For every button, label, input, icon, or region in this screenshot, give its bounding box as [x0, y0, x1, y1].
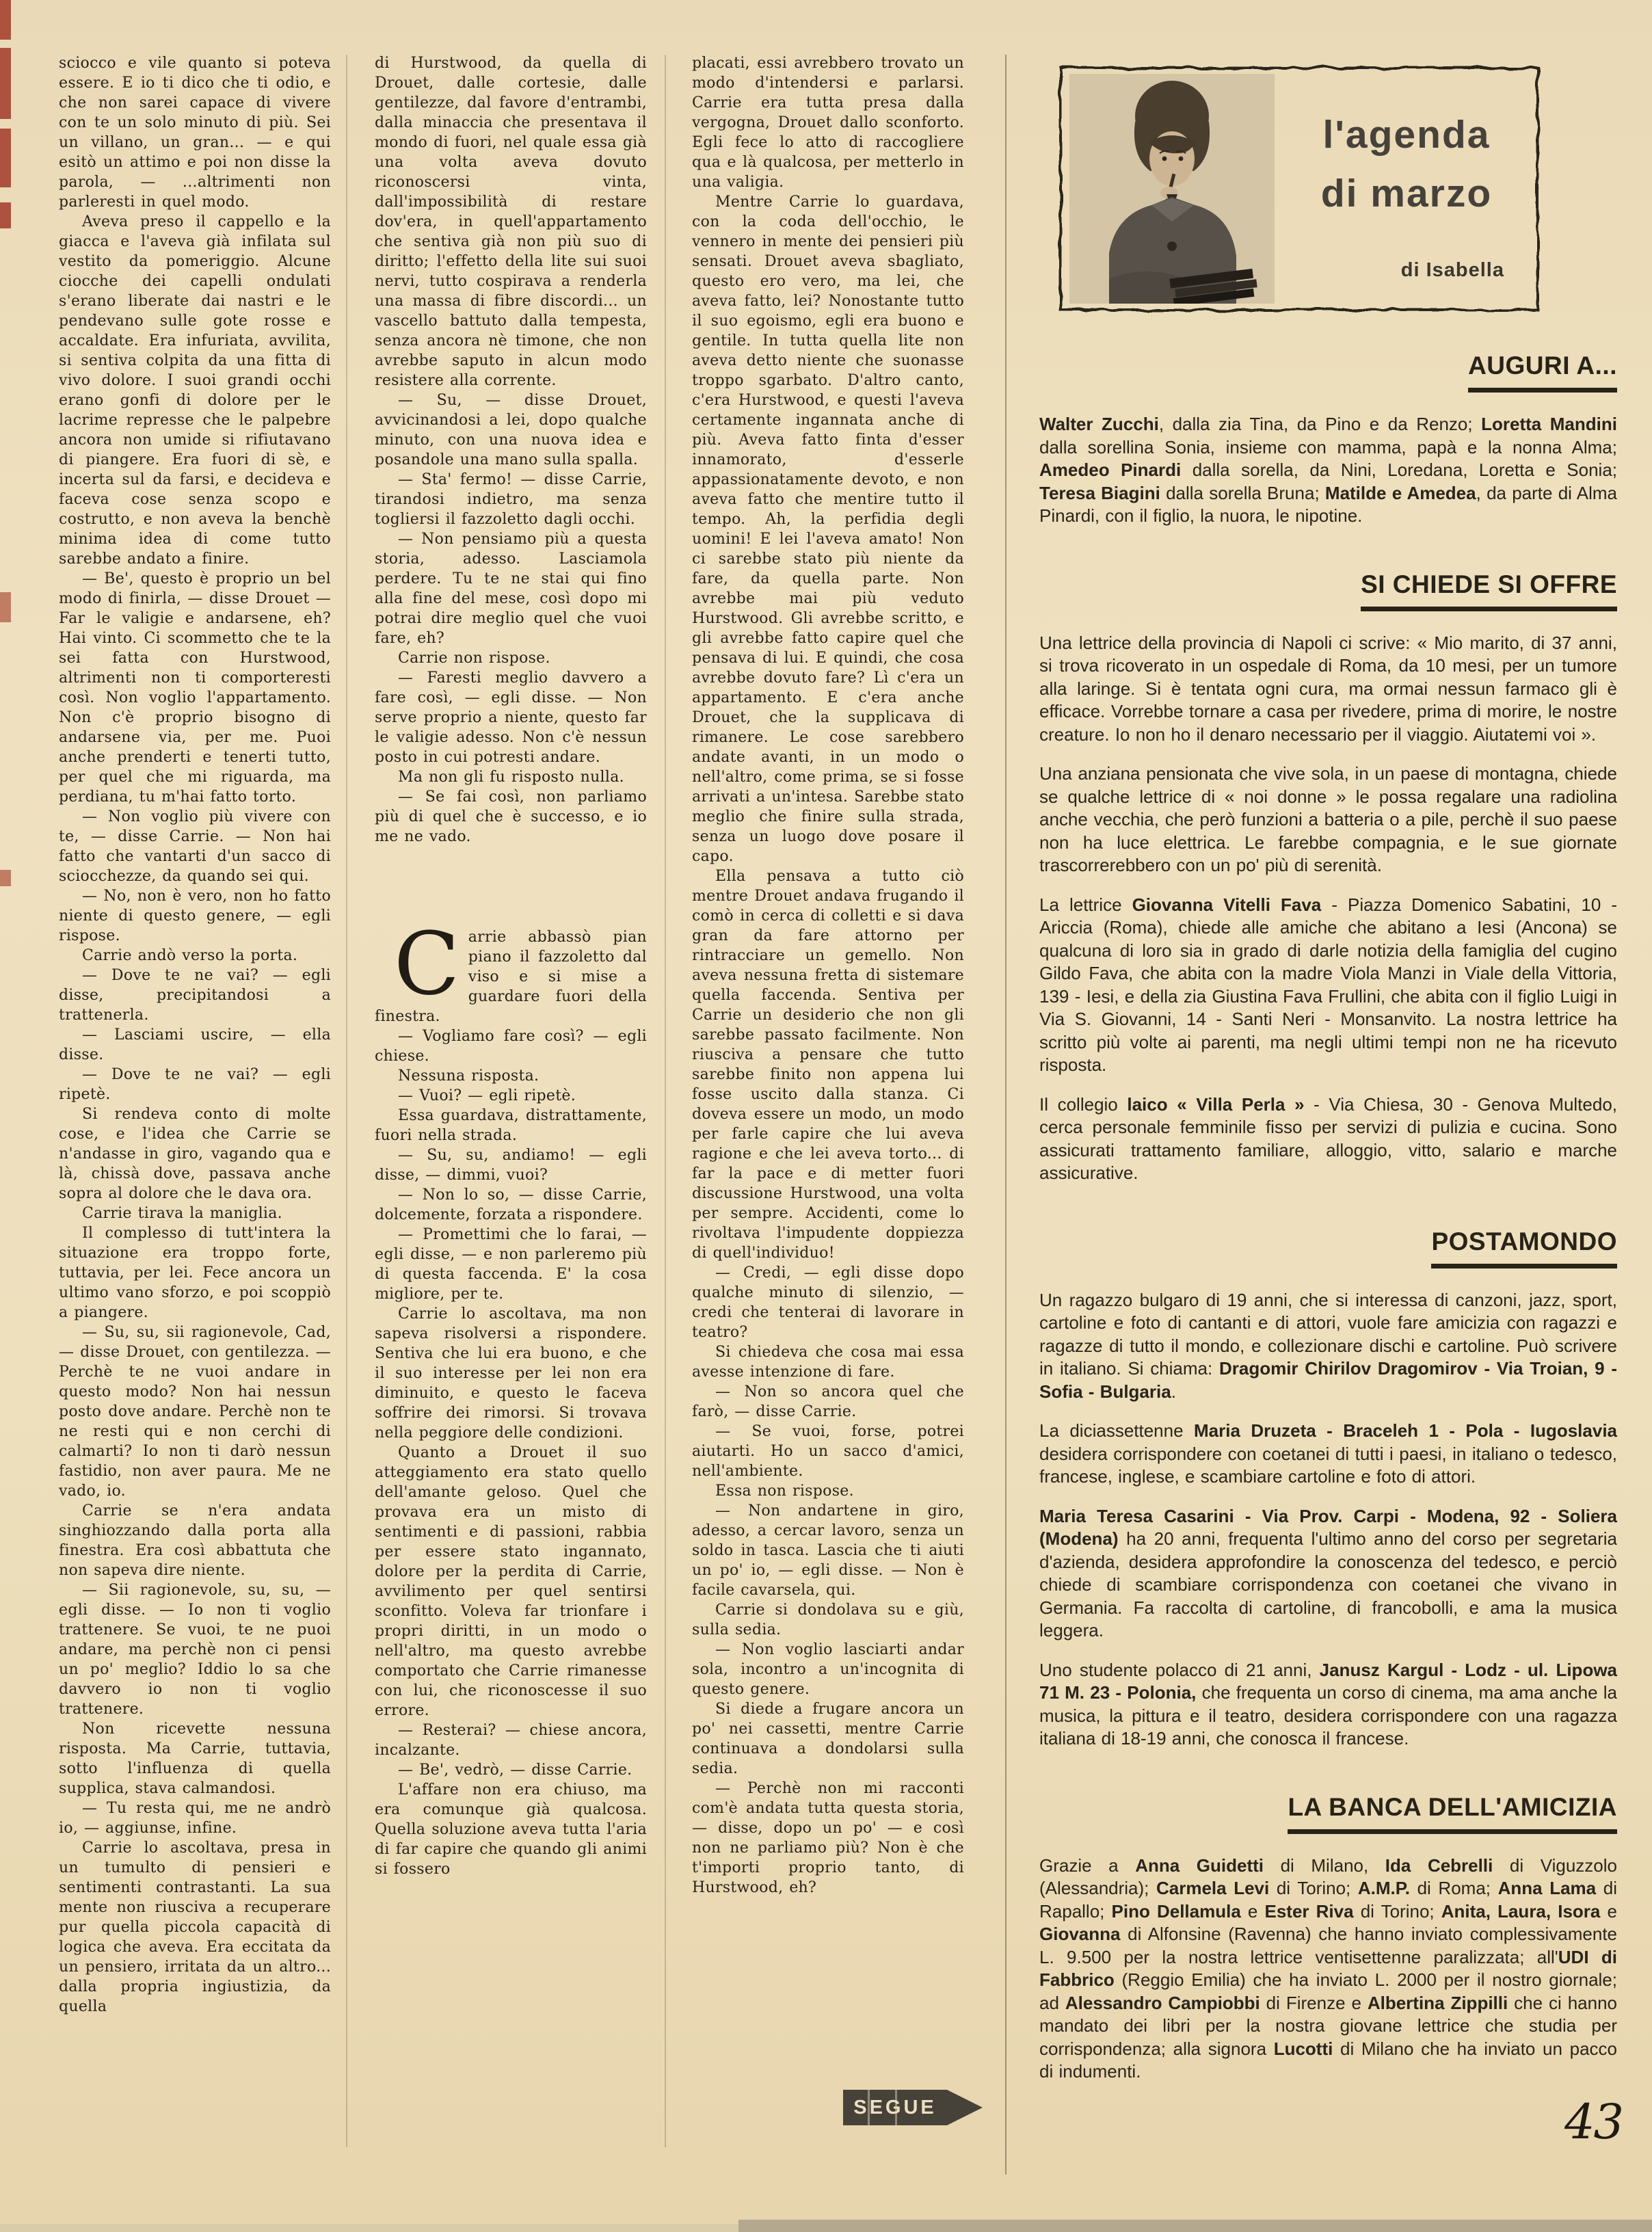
novel-paragraph: — Faresti meglio davvero a fare così, — …	[375, 668, 647, 767]
agenda-header-box: l'agenda di marzo di Isabella	[1056, 63, 1543, 315]
agenda-column: l'agenda di marzo di Isabella AUGURI A..…	[1039, 53, 1617, 2100]
novel-paragraph: Il complesso di tutt'intera la situazion…	[59, 1223, 331, 1323]
novel-paragraph: Carrie non rispose.	[375, 648, 647, 668]
novel-paragraph: — Promettimi che lo farai, — egli disse,…	[375, 1225, 647, 1304]
novel-paragraph: Essa guardava, distrattamente, fuori nel…	[375, 1106, 647, 1145]
novel-paragraph: Carrie se n'era andata singhiozzando dal…	[59, 1501, 331, 1580]
segue-continuation-arrow: SEGUE	[843, 2090, 983, 2125]
page-number: 43	[1564, 2094, 1623, 2150]
novel-paragraph: — Non voglio più vivere con te, — disse …	[59, 807, 331, 886]
section-heading: LA BANCA DELL'AMICIZIA	[1039, 1793, 1617, 1834]
novel-paragraph: Carrie tirava la maniglia.	[59, 1204, 331, 1223]
novel-paragraph: — Vogliamo fare così? — egli chiese.	[375, 1026, 647, 1066]
agenda-paragraph: Una anziana pensionata che vive sola, in…	[1039, 762, 1617, 877]
novel-paragraph: — Sta' fermo! — disse Carrie, tirandosi …	[375, 470, 647, 529]
novel-paragraph: — Perchè non mi racconti com'è andata tu…	[692, 1779, 964, 1898]
agenda-paragraph: Uno studente polacco di 21 anni, Janusz …	[1039, 1659, 1617, 1751]
novel-paragraph: — Su, su, sii ragionevole, Cad, — disse …	[59, 1323, 331, 1501]
agenda-paragraph: Grazie a Anna Guidetti di Milano, Ida Ce…	[1039, 1855, 1617, 2084]
novel-column-3: placati, essi avrebbero trovato un modo …	[692, 53, 964, 1898]
novel-paragraph: Aveva preso il cappello e la giacca e l'…	[59, 212, 331, 569]
novel-paragraph: Carrie abbassò pian piano il fazzoletto …	[375, 927, 647, 1026]
novel-paragraph: — Non andartene in giro, adesso, a cerca…	[692, 1501, 964, 1600]
agenda-paragraph: La lettrice Giovanna Vitelli Fava - Piaz…	[1039, 894, 1617, 1077]
novel-paragraph: — Resterai? — chiese ancora, incalzante.	[375, 1720, 647, 1760]
novel-paragraph: — No, non è vero, non ho fatto niente di…	[59, 886, 331, 946]
novel-column-2: di Hurstwood, da quella di Drouet, dalle…	[375, 53, 647, 1879]
novel-paragraph: — Dove te ne vai? — egli ripetè.	[59, 1065, 331, 1104]
scan-edge-bottom	[738, 2220, 1652, 2232]
agenda-paragraph: Il collegio laico « Villa Perla » - Via …	[1039, 1093, 1617, 1185]
novel-paragraph: — Credi, — egli disse dopo qualche minut…	[692, 1263, 964, 1342]
novel-paragraph: Quanto a Drouet il suo atteggiamento era…	[375, 1443, 647, 1720]
section-heading: AUGURI A...	[1039, 351, 1617, 393]
novel-paragraph: — Dove te ne vai? — egli disse, precipit…	[59, 966, 331, 1025]
agenda-paragraph: Una lettrice della provincia di Napoli c…	[1039, 632, 1617, 747]
novel-column-1: sciocco e vile quanto si poteva essere. …	[59, 53, 331, 2017]
novel-paragraph: Si diede a frugare ancora un po' nei cas…	[692, 1699, 964, 1779]
novel-paragraph: — Be', questo è proprio un bel modo di f…	[59, 569, 331, 807]
scan-red-edge-mark	[0, 592, 11, 622]
novel-paragraph: Carrie lo ascoltava, presa in un tumulto…	[59, 1838, 331, 2017]
woman-with-pencil-photo	[1069, 74, 1275, 304]
section-heading: POSTAMONDO	[1039, 1227, 1617, 1268]
scan-edge-bottom-left	[0, 2224, 738, 2232]
agenda-paragraph: La diciassettenne Maria Druzeta - Bracel…	[1039, 1420, 1617, 1489]
novel-paragraph: — Non lo so, — disse Carrie, dolcemente,…	[375, 1185, 647, 1225]
agenda-paragraph: Maria Teresa Casarini - Via Prov. Carpi …	[1039, 1505, 1617, 1643]
scan-red-edge-mark	[0, 129, 11, 187]
novel-paragraph: Carrie lo ascoltava, ma non sapeva risol…	[375, 1304, 647, 1443]
novel-paragraph: — Se fai così, non parliamo più di quel …	[375, 787, 647, 847]
column-rule	[346, 55, 347, 2147]
magazine-page: sciocco e vile quanto si poteva essere. …	[0, 0, 1652, 2232]
segue-label: SEGUE	[853, 2097, 937, 2119]
novel-paragraph: — Be', vedrò, — disse Carrie.	[375, 1760, 647, 1780]
agenda-sections: AUGURI A...Walter Zucchi, dalla zia Tina…	[1039, 351, 1617, 2084]
agenda-title-line2: di marzo	[1281, 164, 1532, 223]
scan-red-edge-mark	[0, 0, 11, 40]
novel-paragraph: sciocco e vile quanto si poteva essere. …	[59, 53, 331, 212]
section-heading: SI CHIEDE SI OFFRE	[1039, 570, 1617, 611]
novel-paragraph: — Lasciami uscire, — ella disse.	[59, 1025, 331, 1065]
novel-paragraph: di Hurstwood, da quella di Drouet, dalle…	[375, 53, 647, 390]
novel-paragraph: Non ricevette nessuna risposta. Ma Carri…	[59, 1719, 331, 1798]
arrow-right-icon	[947, 2090, 983, 2125]
scan-red-edge-mark	[0, 48, 11, 119]
novel-paragraph: Carrie si dondolava su e giù, sulla sedi…	[692, 1600, 964, 1640]
agenda-paragraph: Walter Zucchi, dalla zia Tina, da Pino e…	[1039, 413, 1617, 528]
segue-badge: SEGUE	[843, 2090, 947, 2125]
scan-red-edge-mark	[0, 202, 11, 228]
column-rule	[665, 55, 666, 2147]
novel-paragraph: Carrie andò verso la porta.	[59, 946, 331, 966]
column-rule	[1005, 55, 1007, 2175]
novel-paragraph: Ella pensava a tutto ciò mentre Drouet a…	[692, 866, 964, 1263]
novel-paragraph: — Su, — disse Drouet, avvicinandosi a le…	[375, 390, 647, 470]
scan-red-edge-mark	[0, 870, 11, 886]
novel-paragraph: — Vuoi? — egli ripetè.	[375, 1086, 647, 1106]
novel-paragraph: Ma non gli fu risposto nulla.	[375, 767, 647, 787]
novel-paragraph: Si rendeva conto di molte cose, e l'idea…	[59, 1104, 331, 1204]
novel-paragraph: — Non pensiamo più a questa storia, ades…	[375, 529, 647, 648]
novel-paragraph: — Tu resta qui, me ne andrò io, — aggiun…	[59, 1798, 331, 1838]
agenda-paragraph: Un ragazzo bulgaro di 19 anni, che si in…	[1039, 1289, 1617, 1404]
novel-paragraph: — Non voglio lasciarti andar sola, incon…	[692, 1640, 964, 1699]
novel-paragraph: Si chiedeva che cosa mai essa avesse int…	[692, 1342, 964, 1382]
novel-paragraph: — Se vuoi, forse, potrei aiutarti. Ho un…	[692, 1422, 964, 1481]
novel-paragraph: Mentre Carrie lo guardava, con la coda d…	[692, 192, 964, 866]
novel-paragraph: Nessuna risposta.	[375, 1066, 647, 1086]
drop-cap: C	[375, 927, 468, 997]
novel-paragraph: — Non so ancora quel che farò, — disse C…	[692, 1382, 964, 1422]
novel-paragraph: Essa non rispose.	[692, 1481, 964, 1501]
novel-paragraph: placati, essi avrebbero trovato un modo …	[692, 53, 964, 192]
agenda-title-line1: l'agenda	[1281, 105, 1532, 164]
novel-paragraph: L'affare non era chiuso, ma era comunque…	[375, 1780, 647, 1879]
agenda-byline: di Isabella	[1401, 259, 1504, 282]
novel-paragraph: — Su, su, andiamo! — egli disse, — dimmi…	[375, 1145, 647, 1185]
agenda-title: l'agenda di marzo	[1281, 105, 1532, 223]
novel-paragraph: — Sii ragionevole, su, su, — egli disse.…	[59, 1580, 331, 1719]
